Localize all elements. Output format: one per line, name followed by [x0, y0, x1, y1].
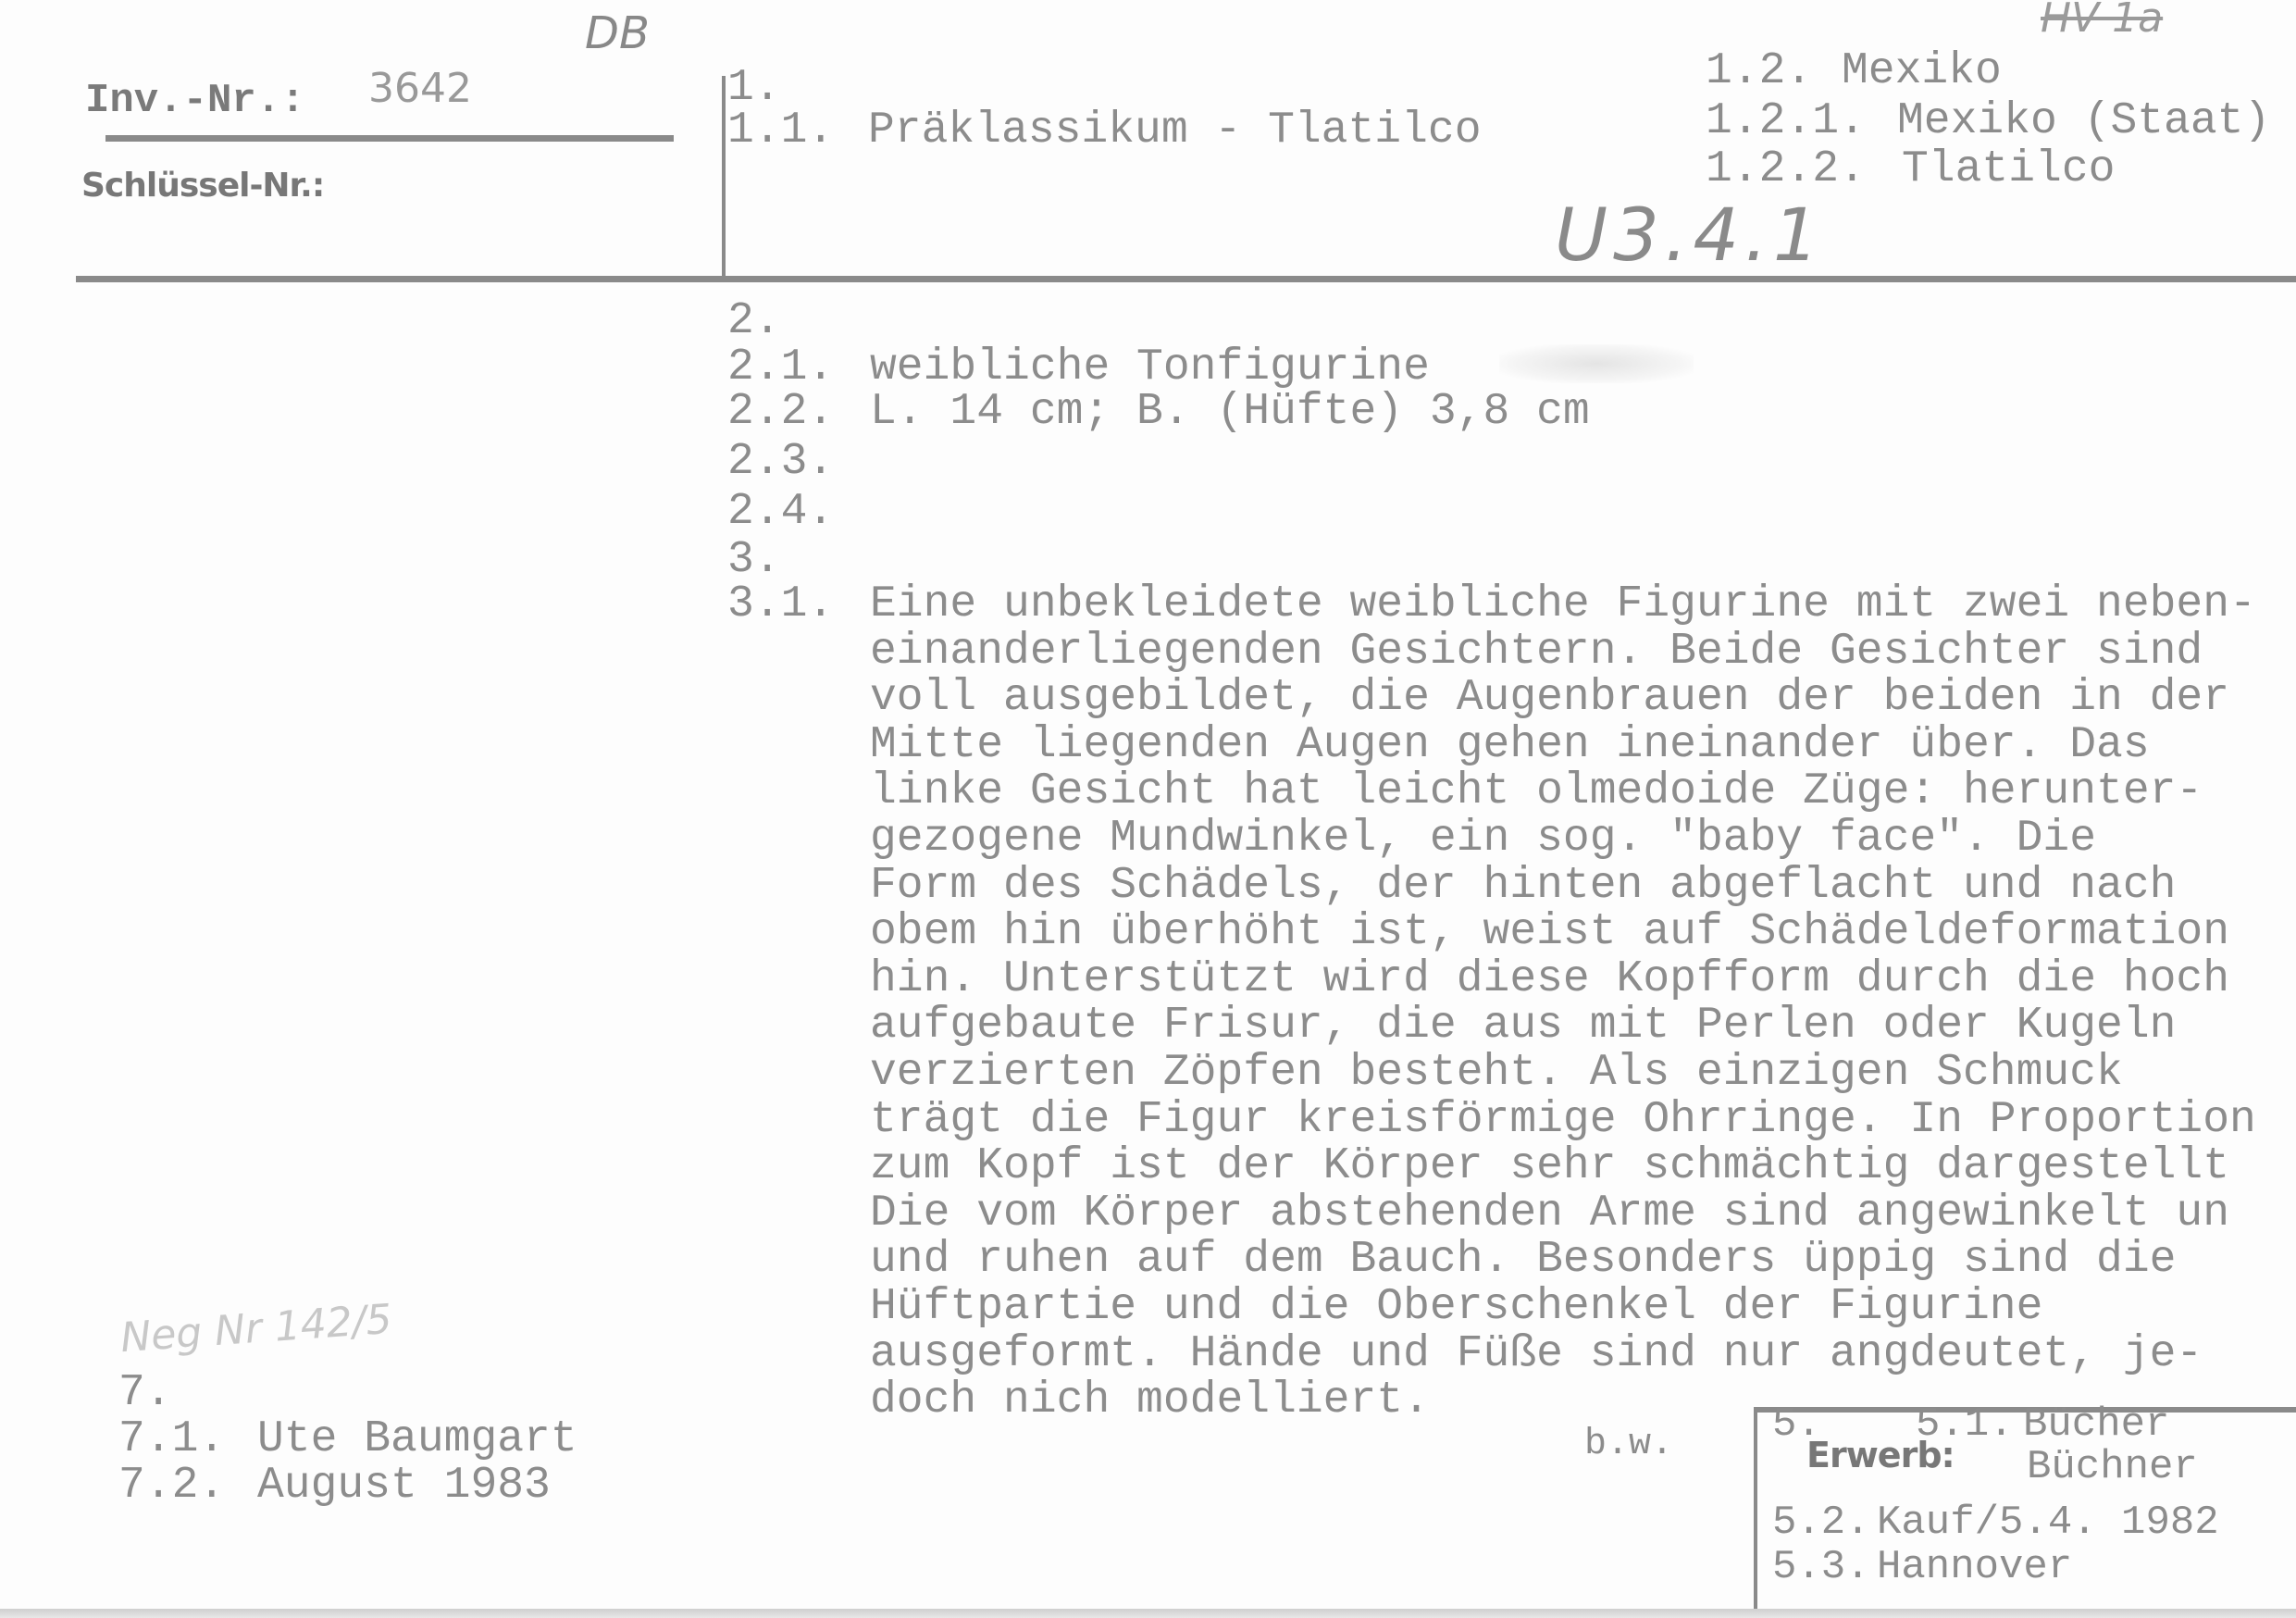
acquisition-source: Büchner — [2027, 1444, 2198, 1490]
section-1-1-number: 1.1. — [727, 107, 834, 154]
description-line: Die vom Körper abstehenden Arme sind ang… — [870, 1190, 2295, 1238]
description-line: verzierten Zöpfen besteht. Als einzigen … — [870, 1050, 2295, 1097]
description-line: zum Kopf ist der Körper sehr schmächtig … — [870, 1143, 2295, 1190]
section-2-2-number: 2.2. — [727, 389, 834, 435]
inventory-number-label: Inv.-Nr.: — [85, 78, 305, 124]
section-3-1-number: 3.1. — [727, 581, 834, 628]
section-2-4-number: 2.4. — [727, 489, 834, 535]
object-type: weibliche Tonfigurine — [870, 344, 1430, 391]
section-5-3-number: 5.3. — [1772, 1544, 1870, 1590]
acquisition-method-date: Kauf/5.4. 1982 — [1877, 1500, 2219, 1546]
inventory-rule — [105, 135, 674, 142]
object-dimensions: L. 14 cm; B. (Hüfte) 3,8 cm — [870, 389, 1590, 435]
location-country: Mexiko — [1842, 48, 2002, 94]
author-name: Ute Baumgart — [257, 1416, 577, 1462]
handwritten-class-number: U3.4.1 — [1555, 194, 1825, 278]
section-7-heading: 7. — [118, 1370, 172, 1416]
description-line: voll ausgebildet, die Augenbrauen der be… — [870, 675, 2295, 722]
location-site: Tlatilco — [1902, 146, 2115, 193]
acquisition-source-typo: Bücher — [2023, 1401, 2169, 1448]
handwritten-negative-number: Neg Nr 142/5 — [119, 1296, 394, 1362]
section-2-3-number: 2.3. — [727, 439, 834, 485]
card-bottom-edge — [0, 1609, 2296, 1618]
description-line: Mitte liegenden Augen gehen ineinander ü… — [870, 722, 2295, 769]
location-state-number: 1.2.1. — [1706, 98, 1866, 144]
acquisition-box-left — [1754, 1407, 1757, 1618]
section-2-1-number: 2.1. — [727, 344, 834, 391]
handwritten-initials: DB — [585, 7, 650, 59]
description-line: Hüftpartie und die Oberschenkel der Figu… — [870, 1284, 2295, 1331]
description-line: aufgebaute Frisur, die aus mit Perlen od… — [870, 1002, 2295, 1050]
location-site-number: 1.2.2. — [1706, 146, 1866, 193]
description-line: hin. Unterstützt wird diese Kopfform dur… — [870, 956, 2295, 1003]
section-2-heading: 2. — [727, 298, 781, 344]
description-line: Eine unbekleidete weibliche Figurine mit… — [870, 581, 2295, 629]
header-column-divider — [722, 76, 726, 281]
section-7-1-number: 7.1. — [118, 1416, 225, 1462]
description-line: ausgeformt. Hände und Füße sind nur angd… — [870, 1331, 2295, 1378]
description-line: gezogene Mundwinkel, ein sog. "baby face… — [870, 815, 2295, 863]
acquisition-label: Erwerb: — [1806, 1435, 1955, 1475]
description-line: Form des Schädels, der hinten abgeflacht… — [870, 863, 2295, 910]
location-state: Mexiko (Staat) — [1897, 98, 2270, 144]
author-date: August 1983 — [257, 1462, 551, 1509]
section-1-heading: 1. — [727, 65, 781, 111]
object-description: Eine unbekleidete weibliche Figurine mit… — [870, 581, 2295, 1425]
description-line: obem hin überhöht ist, weist auf Schädel… — [870, 909, 2295, 956]
description-line: einanderliegenden Gesichtern. Beide Gesi… — [870, 629, 2295, 676]
section-1-1-culture: Präklassikum - Tlatilco — [868, 107, 1482, 154]
description-line: trägt die Figur kreisförmige Ohrringe. I… — [870, 1097, 2295, 1144]
location-country-number: 1.2. — [1706, 48, 1812, 94]
inventory-number-value: 3642 — [368, 65, 472, 112]
acquisition-place: Hannover — [1877, 1544, 2072, 1590]
continued-overleaf: b.w. — [1584, 1422, 1673, 1468]
description-line: linke Gesicht hat leicht olmedoide Züge:… — [870, 768, 2295, 815]
section-3-heading: 3. — [727, 537, 781, 583]
handwritten-catalog-mark: HV 1a — [2041, 0, 2163, 42]
key-number-label: Schlüssel-Nr.: — [81, 167, 324, 205]
description-line: und ruhen auf dem Bauch. Besonders üppig… — [870, 1237, 2295, 1284]
header-bottom-rule — [76, 276, 2296, 282]
section-7-2-number: 7.2. — [118, 1462, 225, 1509]
erased-text-smudge — [1499, 344, 1694, 383]
section-5-2-number: 5.2. — [1772, 1500, 1870, 1546]
